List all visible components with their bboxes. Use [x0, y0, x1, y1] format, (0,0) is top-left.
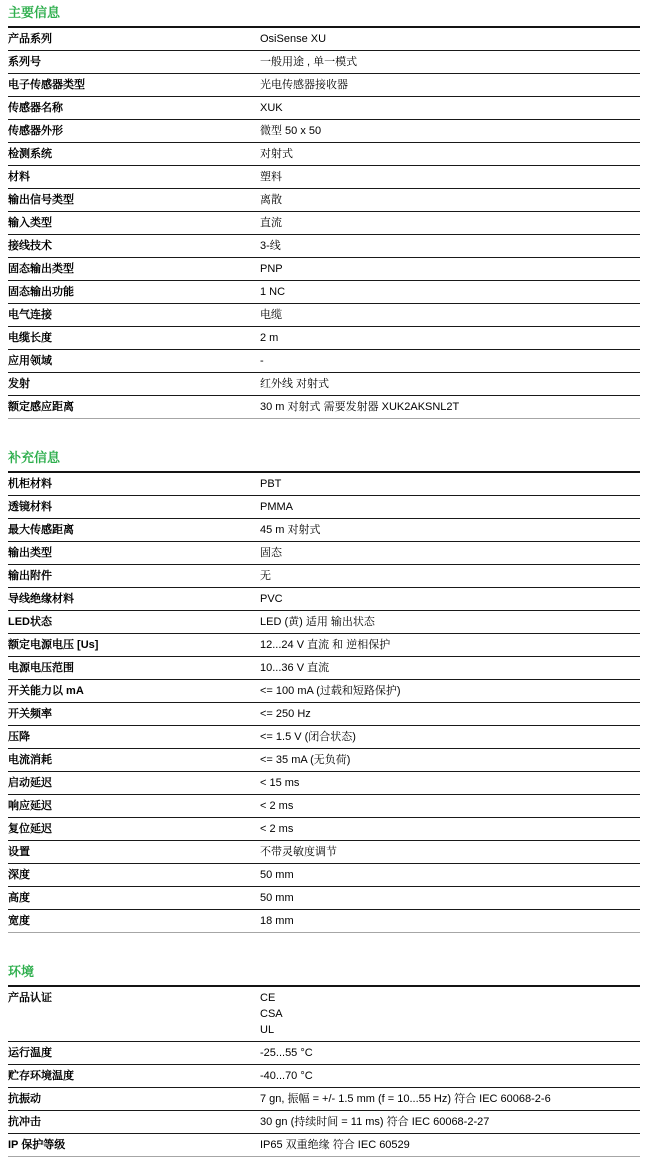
spec-row-value: 不带灵敏度调节 — [260, 844, 640, 860]
spec-row-label: 最大传感距离 — [8, 522, 260, 538]
spec-row: 开关能力以 mA <= 100 mA (过载和短路保护) — [8, 680, 640, 703]
spec-row: 传感器外形 微型 50 x 50 — [8, 120, 640, 143]
spec-row-value: <= 100 mA (过载和短路保护) — [260, 683, 640, 699]
spec-row: 发射 红外线 对射式 — [8, 373, 640, 396]
spec-row-label: 运行温度 — [8, 1045, 260, 1061]
spec-row-value: 离散 — [260, 192, 640, 208]
spec-row-label: 输出附件 — [8, 568, 260, 584]
section-rows: 机柜材料 PBT 透镜材料 PMMA 最大传感距离 45 m 对射式 输出类型 … — [8, 473, 640, 933]
spec-row: 深度 50 mm — [8, 864, 640, 887]
spec-row-label: 深度 — [8, 867, 260, 883]
spec-row: 额定电源电压 [Us] 12...24 V 直流 和 逆相保护 — [8, 634, 640, 657]
spec-row: 固态输出类型 PNP — [8, 258, 640, 281]
spec-row-value: IP65 双重绝缘 符合 IEC 60529 — [260, 1137, 640, 1153]
spec-row-value: PNP — [260, 261, 640, 277]
spec-row-value: 50 mm — [260, 890, 640, 906]
spec-row-value: <= 1.5 V (闭合状态) — [260, 729, 640, 745]
spec-row-value: 3-线 — [260, 238, 640, 254]
spec-row: IP 保护等级 IP65 双重绝缘 符合 IEC 60529 — [8, 1134, 640, 1157]
spec-row-value: 50 mm — [260, 867, 640, 883]
spec-row-value: 30 gn (持续时间 = 11 ms) 符合 IEC 60068-2-27 — [260, 1114, 640, 1130]
spec-row: 最大传感距离 45 m 对射式 — [8, 519, 640, 542]
spec-row-value: 2 m — [260, 330, 640, 346]
spec-row-value: PMMA — [260, 499, 640, 515]
section-environment: 环境 产品认证 CE CSA UL 运行温度 -25...55 °C 贮存环境温… — [8, 964, 640, 1157]
spec-row-label: 电流消耗 — [8, 752, 260, 768]
spec-row: 抗振动 7 gn, 振幅 = +/- 1.5 mm (f = 10...55 H… — [8, 1088, 640, 1111]
spec-row-label: 固态输出功能 — [8, 284, 260, 300]
spec-row-value: 直流 — [260, 215, 640, 231]
spec-row-label: 启动延迟 — [8, 775, 260, 791]
spec-row-label: 固态输出类型 — [8, 261, 260, 277]
spec-row-value: LED (黄) 适用 输出状态 — [260, 614, 640, 630]
spec-row: 电流消耗 <= 35 mA (无负荷) — [8, 749, 640, 772]
section-rows: 产品认证 CE CSA UL 运行温度 -25...55 °C 贮存环境温度 -… — [8, 987, 640, 1157]
spec-row-label: 电子传感器类型 — [8, 77, 260, 93]
spec-row-label: 透镜材料 — [8, 499, 260, 515]
spec-row: 电缆长度 2 m — [8, 327, 640, 350]
spec-row-value: 电缆 — [260, 307, 640, 323]
spec-row-value: CE CSA UL — [260, 990, 640, 1038]
spec-row-value: 30 m 对射式 需要发射器 XUK2AKSNL2T — [260, 399, 640, 415]
spec-row-value: - — [260, 353, 640, 369]
spec-row-value: 1 NC — [260, 284, 640, 300]
section-supplementary-info: 补充信息 机柜材料 PBT 透镜材料 PMMA 最大传感距离 45 m 对射式 … — [8, 450, 640, 933]
spec-row: 复位延迟 < 2 ms — [8, 818, 640, 841]
spec-row-label: 接线技术 — [8, 238, 260, 254]
spec-row-value: 固态 — [260, 545, 640, 561]
spec-row-value: <= 250 Hz — [260, 706, 640, 722]
spec-row: 额定感应距离 30 m 对射式 需要发射器 XUK2AKSNL2T — [8, 396, 640, 419]
spec-row-label: 电源电压范围 — [8, 660, 260, 676]
spec-row-value: 塑料 — [260, 169, 640, 185]
spec-row-label: 宽度 — [8, 913, 260, 929]
spec-row-label: 材料 — [8, 169, 260, 185]
spec-row: 系列号 一般用途 , 单一模式 — [8, 51, 640, 74]
section-main-info: 主要信息 产品系列 OsiSense XU 系列号 一般用途 , 单一模式 电子… — [8, 5, 640, 419]
spec-row: 抗冲击 30 gn (持续时间 = 11 ms) 符合 IEC 60068-2-… — [8, 1111, 640, 1134]
spec-row: 应用领域 - — [8, 350, 640, 373]
spec-row-label: 抗振动 — [8, 1091, 260, 1107]
spec-row: 电气连接 电缆 — [8, 304, 640, 327]
spec-row-label: IP 保护等级 — [8, 1137, 260, 1153]
spec-row-label: 复位延迟 — [8, 821, 260, 837]
spec-row-label: 高度 — [8, 890, 260, 906]
spec-row-label: 抗冲击 — [8, 1114, 260, 1130]
spec-row-label: 机柜材料 — [8, 476, 260, 492]
spec-row: 接线技术 3-线 — [8, 235, 640, 258]
spec-row-label: 传感器名称 — [8, 100, 260, 116]
spec-row-value: 7 gn, 振幅 = +/- 1.5 mm (f = 10...55 Hz) 符… — [260, 1091, 640, 1107]
spec-row-label: 导线绝缘材料 — [8, 591, 260, 607]
spec-row-label: 电气连接 — [8, 307, 260, 323]
spec-row: 固态输出功能 1 NC — [8, 281, 640, 304]
spec-row: 材料 塑料 — [8, 166, 640, 189]
spec-row: 响应延迟 < 2 ms — [8, 795, 640, 818]
spec-row-value: -40...70 °C — [260, 1068, 640, 1084]
spec-row-label: 发射 — [8, 376, 260, 392]
spec-row-value: 对射式 — [260, 146, 640, 162]
spec-row: 设置 不带灵敏度调节 — [8, 841, 640, 864]
spec-row: 宽度 18 mm — [8, 910, 640, 933]
spec-row: 高度 50 mm — [8, 887, 640, 910]
spec-row-value: < 2 ms — [260, 798, 640, 814]
spec-row: 输出信号类型 离散 — [8, 189, 640, 212]
spec-row: 运行温度 -25...55 °C — [8, 1042, 640, 1065]
spec-row-label: 开关频率 — [8, 706, 260, 722]
spec-row-value: 光电传感器接收器 — [260, 77, 640, 93]
section-title: 主要信息 — [8, 5, 640, 28]
spec-row: 输入类型 直流 — [8, 212, 640, 235]
spec-row-label: 输出类型 — [8, 545, 260, 561]
spec-row-value: < 15 ms — [260, 775, 640, 791]
spec-row-label: 产品认证 — [8, 990, 260, 1006]
spec-row-value: PVC — [260, 591, 640, 607]
spec-row-label: LED状态 — [8, 614, 260, 630]
spec-row: 导线绝缘材料 PVC — [8, 588, 640, 611]
spec-row-label: 贮存环境温度 — [8, 1068, 260, 1084]
spec-row-value: XUK — [260, 100, 640, 116]
spec-row: 检测系统 对射式 — [8, 143, 640, 166]
spec-row: 机柜材料 PBT — [8, 473, 640, 496]
spec-row: 透镜材料 PMMA — [8, 496, 640, 519]
spec-row-value: PBT — [260, 476, 640, 492]
spec-row-label: 响应延迟 — [8, 798, 260, 814]
spec-row: 输出类型 固态 — [8, 542, 640, 565]
spec-row-label: 压降 — [8, 729, 260, 745]
section-title: 补充信息 — [8, 450, 640, 473]
spec-row: 压降 <= 1.5 V (闭合状态) — [8, 726, 640, 749]
spec-row: 开关频率 <= 250 Hz — [8, 703, 640, 726]
section-rows: 产品系列 OsiSense XU 系列号 一般用途 , 单一模式 电子传感器类型… — [8, 28, 640, 419]
spec-row-label: 设置 — [8, 844, 260, 860]
spec-row-label: 额定感应距离 — [8, 399, 260, 415]
spec-row: 贮存环境温度 -40...70 °C — [8, 1065, 640, 1088]
spec-row-value: 红外线 对射式 — [260, 376, 640, 392]
spec-row-value: 18 mm — [260, 913, 640, 929]
spec-row: 启动延迟 < 15 ms — [8, 772, 640, 795]
spec-row: 产品系列 OsiSense XU — [8, 28, 640, 51]
spec-row-label: 输出信号类型 — [8, 192, 260, 208]
spec-row: 传感器名称 XUK — [8, 97, 640, 120]
spec-row-value: OsiSense XU — [260, 31, 640, 47]
spec-row-label: 开关能力以 mA — [8, 683, 260, 699]
spec-row-value: 12...24 V 直流 和 逆相保护 — [260, 637, 640, 653]
spec-row-label: 额定电源电压 [Us] — [8, 637, 260, 653]
spec-row-label: 输入类型 — [8, 215, 260, 231]
spec-row: 电源电压范围 10...36 V 直流 — [8, 657, 640, 680]
spec-row-label: 电缆长度 — [8, 330, 260, 346]
spec-row-value: <= 35 mA (无负荷) — [260, 752, 640, 768]
spec-row-value: -25...55 °C — [260, 1045, 640, 1061]
spec-row: LED状态 LED (黄) 适用 输出状态 — [8, 611, 640, 634]
spec-row-value: 45 m 对射式 — [260, 522, 640, 538]
spec-document: 主要信息 产品系列 OsiSense XU 系列号 一般用途 , 单一模式 电子… — [0, 0, 646, 1157]
spec-row-value: 一般用途 , 单一模式 — [260, 54, 640, 70]
spec-row-label: 应用领域 — [8, 353, 260, 369]
spec-row: 产品认证 CE CSA UL — [8, 987, 640, 1042]
section-title: 环境 — [8, 964, 640, 987]
spec-row: 输出附件 无 — [8, 565, 640, 588]
spec-row-label: 产品系列 — [8, 31, 260, 47]
spec-row-value: < 2 ms — [260, 821, 640, 837]
spec-row-label: 检测系统 — [8, 146, 260, 162]
spec-row-label: 传感器外形 — [8, 123, 260, 139]
spec-row-value: 微型 50 x 50 — [260, 123, 640, 139]
spec-row-label: 系列号 — [8, 54, 260, 70]
spec-row-value: 无 — [260, 568, 640, 584]
spec-row: 电子传感器类型 光电传感器接收器 — [8, 74, 640, 97]
spec-row-value: 10...36 V 直流 — [260, 660, 640, 676]
